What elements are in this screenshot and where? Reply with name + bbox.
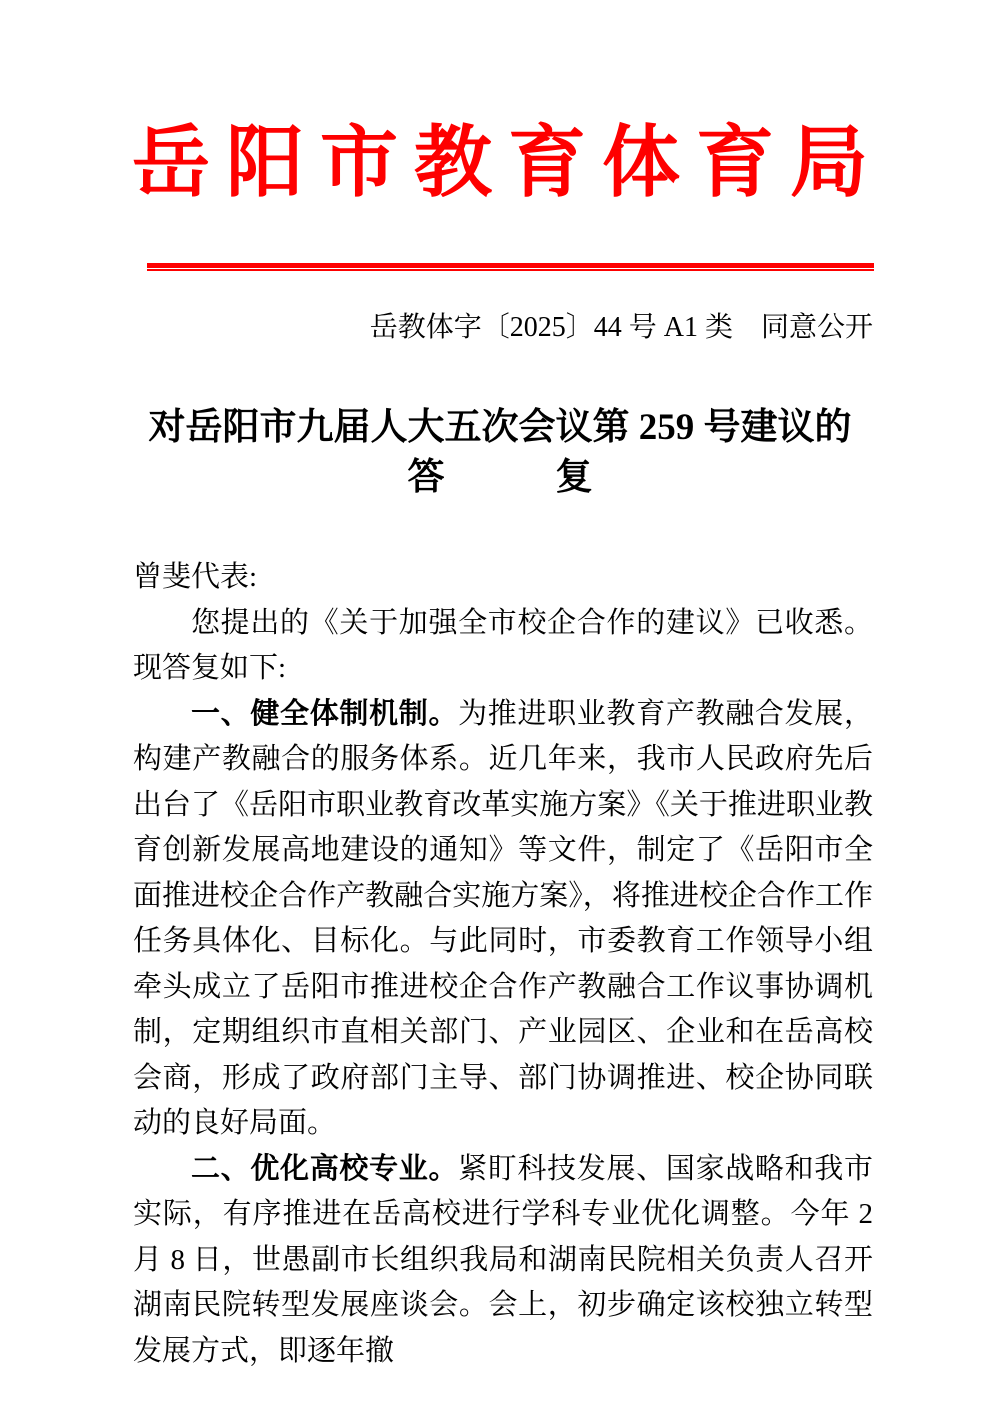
paragraph-lead: 二、优化高校专业。 <box>191 1153 458 1185</box>
document-title-line1: 对岳阳市九届人大五次会议第 259 号建议的 <box>0 404 1000 452</box>
paragraph-text: 为推进职业教育产教融合发展，构建产教融合的服务体系。近几年来，我市人民政府先后出… <box>133 698 873 1140</box>
body-paragraph: 一、健全体制机制。为推进职业教育产教融合发展，构建产教融合的服务体系。近几年来，… <box>133 692 873 1147</box>
document-body: 曾斐代表: 您提出的《关于加强全市校企合作的建议》已收悉。现答复如下: 一、健全… <box>133 555 873 1374</box>
body-paragraph: 您提出的《关于加强全市校企合作的建议》已收悉。现答复如下: <box>133 601 873 692</box>
document-page: 岳阳市教育体育局 岳教体字〔2025〕44 号 A1 类 同意公开 对岳阳市九届… <box>0 0 1000 1414</box>
salutation: 曾斐代表: <box>133 555 873 601</box>
red-divider-line <box>147 263 874 271</box>
document-number: 岳教体字〔2025〕44 号 A1 类 同意公开 <box>133 310 873 346</box>
body-paragraph: 二、优化高校专业。紧盯科技发展、国家战略和我市实际，有序推进在岳高校进行学科专业… <box>133 1147 873 1375</box>
paragraph-text: 您提出的《关于加强全市校企合作的建议》已收悉。现答复如下: <box>133 607 873 685</box>
paragraph-lead: 一、健全体制机制。 <box>191 698 458 730</box>
document-title-line2: 答 复 <box>0 454 1000 502</box>
agency-header-title: 岳阳市教育体育局 <box>0 124 1000 202</box>
